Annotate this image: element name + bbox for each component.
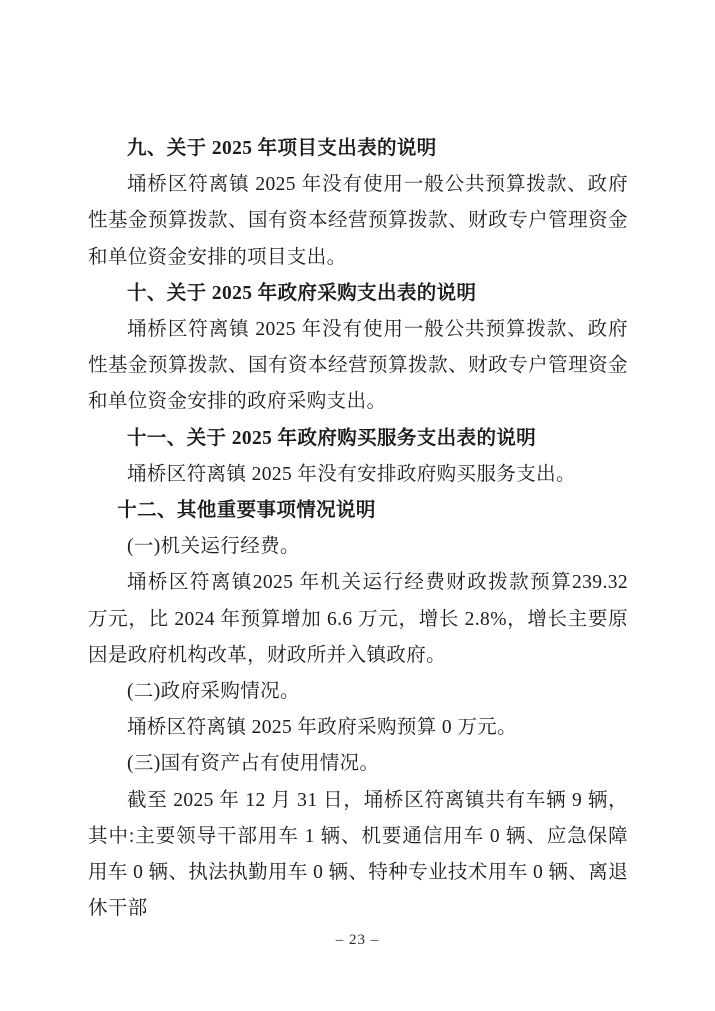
paragraph-gov-purchased-services: 埇桥区符离镇 2025 年没有安排政府购买服务支出。: [88, 457, 628, 493]
section-heading-12-other-important-matters: 十二、其他重要事项情况说明: [88, 493, 628, 529]
paragraph-item-2-procurement-title: (二)政府采购情况。: [88, 674, 628, 710]
paragraph-gov-procurement-table: 埇桥区符离镇 2025 年没有使用一般公共预算拨款、政府性基金预算拨款、国有资本…: [88, 312, 628, 421]
document-page: 九、关于 2025 年项目支出表的说明 埇桥区符离镇 2025 年没有使用一般公…: [0, 0, 715, 1011]
paragraph-operating-funds-detail: 埇桥区符离镇2025 年机关运行经费财政拨款预算239.32 万元，比 2024…: [88, 565, 628, 674]
section-heading-11-gov-purchased-services: 十一、关于 2025 年政府购买服务支出表的说明: [88, 421, 628, 457]
section-heading-10-gov-procurement-table: 十、关于 2025 年政府采购支出表的说明: [88, 276, 628, 312]
page-number: – 23 –: [0, 929, 715, 951]
paragraph-item-3-state-assets-title: (三)国有资产占有使用情况。: [88, 746, 628, 782]
paragraph-state-assets-vehicles-detail: 截至 2025 年 12 月 31 日，埇桥区符离镇共有车辆 9 辆，其中:主要…: [88, 783, 628, 928]
paragraph-procurement-detail: 埇桥区符离镇 2025 年政府采购预算 0 万元。: [88, 710, 628, 746]
paragraph-item-1-operating-funds-title: (一)机关运行经费。: [88, 529, 628, 565]
paragraph-project-expenditure: 埇桥区符离镇 2025 年没有使用一般公共预算拨款、政府性基金预算拨款、国有资本…: [88, 167, 628, 276]
section-heading-9-project-expenditure: 九、关于 2025 年项目支出表的说明: [88, 131, 628, 167]
